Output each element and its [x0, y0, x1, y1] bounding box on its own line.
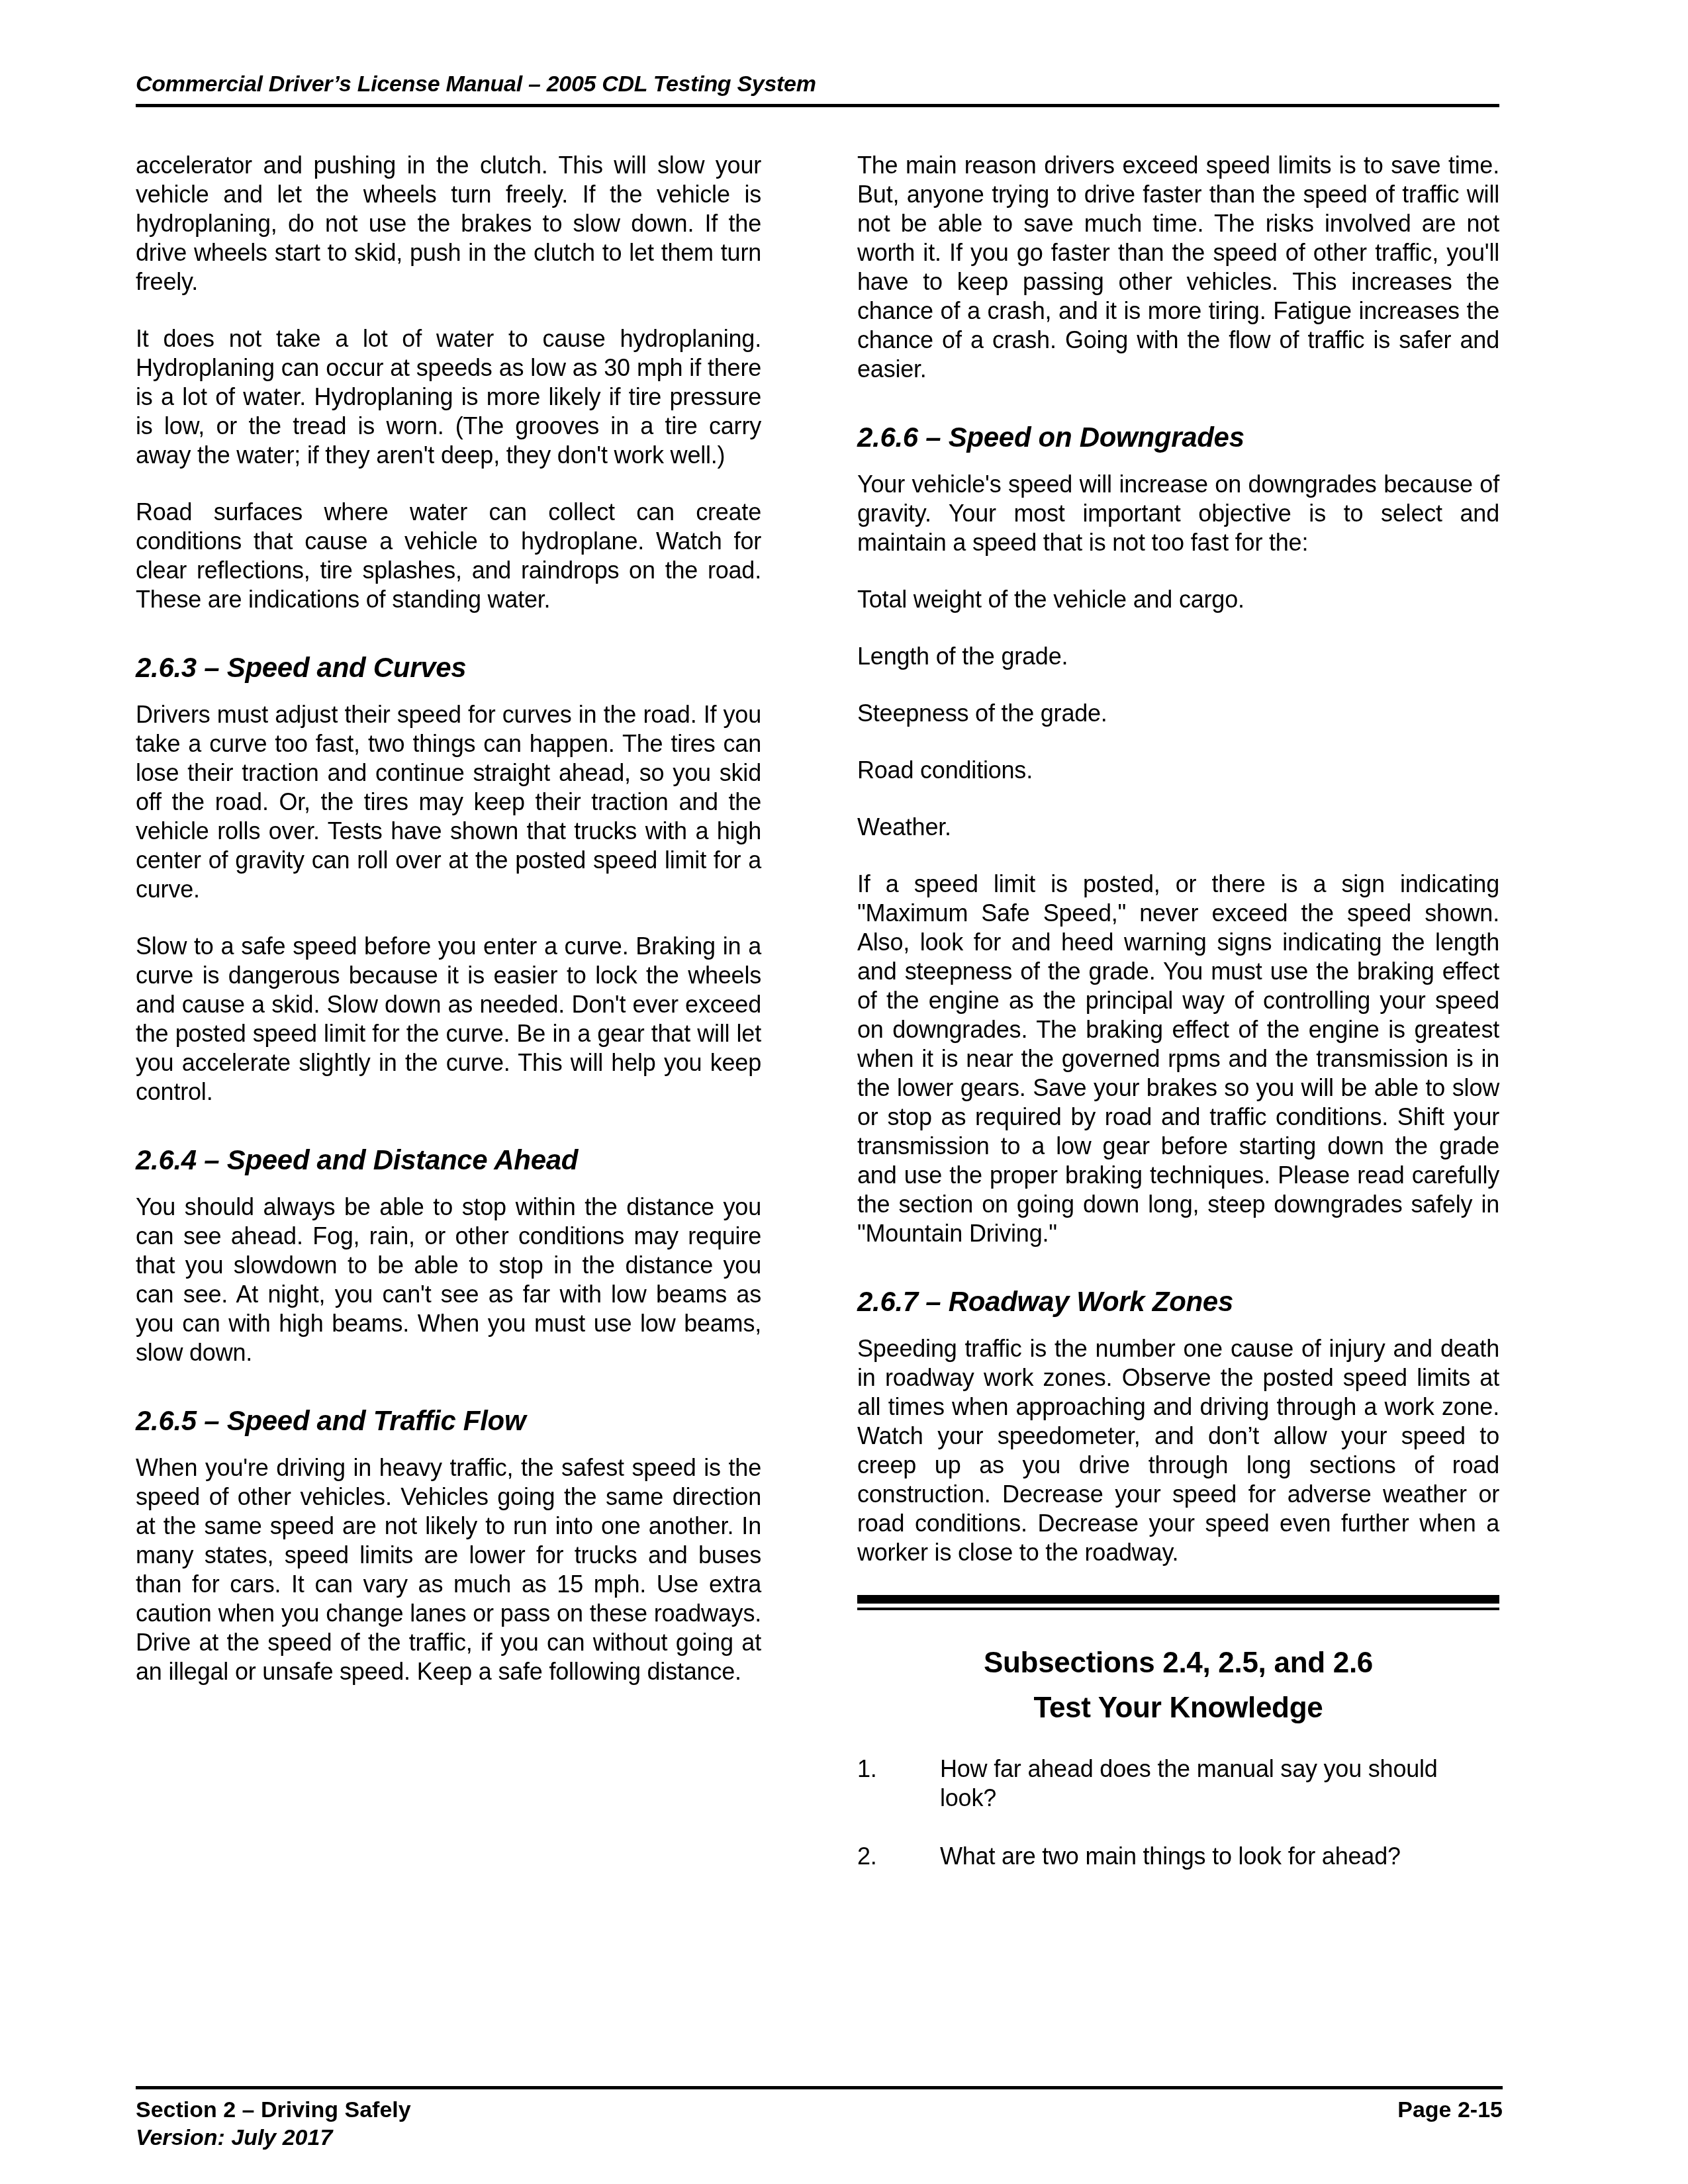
- heading-2-6-7: 2.6.7 – Roadway Work Zones: [857, 1285, 1499, 1318]
- heading-2-6-6: 2.6.6 – Speed on Downgrades: [857, 421, 1499, 454]
- para-hydroplaning-speeds: It does not take a lot of water to cause…: [136, 324, 761, 470]
- item-weather: Weather.: [857, 813, 1499, 842]
- section-divider: [857, 1595, 1499, 1610]
- divider-thick-rule: [857, 1595, 1499, 1604]
- right-column: The main reason drivers exceed speed lim…: [857, 151, 1499, 1871]
- heading-2-6-3: 2.6.3 – Speed and Curves: [136, 651, 761, 684]
- para-curves-adjust-speed: Drivers must adjust their speed for curv…: [136, 700, 761, 904]
- left-column: accelerator and pushing in the clutch. T…: [136, 151, 761, 1871]
- page-footer: Section 2 – Driving Safely Page 2-15 Ver…: [136, 2086, 1503, 2152]
- item-total-weight: Total weight of the vehicle and cargo.: [857, 585, 1499, 614]
- question-number: 1.: [857, 1754, 940, 1813]
- manual-page: Commercial Driver’s License Manual – 200…: [0, 0, 1688, 2184]
- heading-2-6-5: 2.6.5 – Speed and Traffic Flow: [136, 1404, 761, 1437]
- para-work-zones: Speeding traffic is the number one cause…: [857, 1334, 1499, 1567]
- footer-row: Section 2 – Driving Safely Page 2-15: [136, 2096, 1503, 2124]
- para-exceed-speed-limits: The main reason drivers exceed speed lim…: [857, 151, 1499, 384]
- item-road-conditions: Road conditions.: [857, 756, 1499, 785]
- knowledge-box-subtitle: Test Your Knowledge: [857, 1691, 1499, 1725]
- page-header: Commercial Driver’s License Manual – 200…: [136, 70, 1499, 107]
- question-item-2: 2. What are two main things to look for …: [857, 1842, 1499, 1871]
- question-item-1: 1. How far ahead does the manual say you…: [857, 1754, 1499, 1813]
- para-stop-within-distance: You should always be able to stop within…: [136, 1193, 761, 1367]
- item-steepness-of-grade: Steepness of the grade.: [857, 699, 1499, 728]
- footer-version-label: Version: July 2017: [136, 2124, 1503, 2152]
- knowledge-box-title: Subsections 2.4, 2.5, and 2.6: [857, 1646, 1499, 1680]
- para-downgrades-gravity: Your vehicle's speed will increase on do…: [857, 470, 1499, 557]
- para-maximum-safe-speed: If a speed limit is posted, or there is …: [857, 870, 1499, 1248]
- question-text: How far ahead does the manual say you sh…: [940, 1754, 1499, 1813]
- para-slow-before-curve: Slow to a safe speed before you enter a …: [136, 932, 761, 1107]
- header-rule: [136, 104, 1499, 107]
- item-length-of-grade: Length of the grade.: [857, 642, 1499, 671]
- footer-rule: [136, 2086, 1503, 2089]
- footer-section-label: Section 2 – Driving Safely: [136, 2096, 411, 2124]
- heading-2-6-4: 2.6.4 – Speed and Distance Ahead: [136, 1144, 761, 1177]
- divider-thin-rule: [857, 1608, 1499, 1610]
- para-traffic-flow: When you're driving in heavy traffic, th…: [136, 1453, 761, 1686]
- footer-page-number: Page 2-15: [1397, 2096, 1503, 2124]
- para-road-surfaces: Road surfaces where water can collect ca…: [136, 498, 761, 614]
- question-text: What are two main things to look for ahe…: [940, 1842, 1499, 1871]
- para-hydroplaning-clutch: accelerator and pushing in the clutch. T…: [136, 151, 761, 296]
- question-number: 2.: [857, 1842, 940, 1871]
- content-columns: accelerator and pushing in the clutch. T…: [136, 151, 1499, 1871]
- header-title: Commercial Driver’s License Manual – 200…: [136, 70, 1499, 98]
- column-gutter: [761, 151, 857, 1871]
